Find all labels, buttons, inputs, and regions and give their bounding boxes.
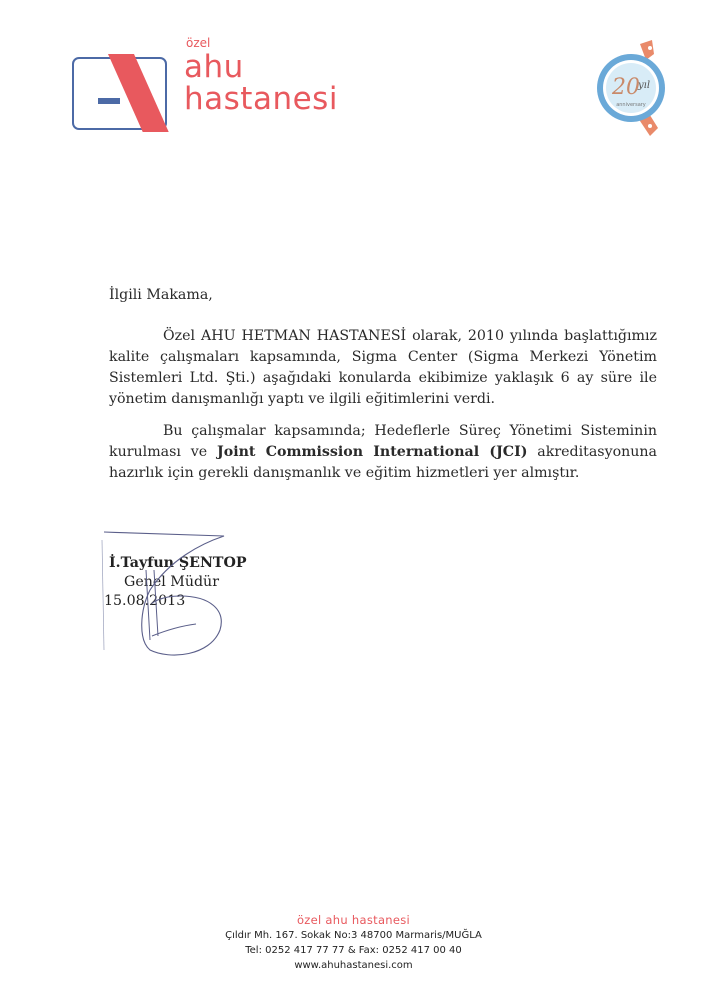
anniversary-badge-icon: 20 yıl anniversary xyxy=(588,38,674,138)
footer-phone: Tel: 0252 417 77 77 & Fax: 0252 417 00 4… xyxy=(0,945,707,956)
paragraph-1: Özel AHU HETMAN HASTANESİ olarak, 2010 y… xyxy=(109,326,657,410)
signatory-title: Genel Müdür xyxy=(124,574,219,590)
logo-line-1: ahu xyxy=(184,52,244,82)
svg-text:yıl: yıl xyxy=(637,80,650,91)
logo-prefix: özel xyxy=(186,36,210,50)
signature-date: 15.08.2013 xyxy=(104,593,185,609)
badge-number: 20 xyxy=(611,75,640,100)
hospital-logo: özel ahu hastanesi xyxy=(70,54,370,134)
footer-brand: özel ahu hastanesi xyxy=(0,913,707,927)
logo-a-bar-icon xyxy=(98,98,120,104)
footer-address: Çıldır Mh. 167. Sokak No:3 48700 Marmari… xyxy=(0,930,707,941)
svg-text:anniversary: anniversary xyxy=(616,102,646,108)
jci-name: Joint Commission International (JCI) xyxy=(217,444,527,460)
salutation: İlgili Makama, xyxy=(109,285,213,306)
paragraph-2: Bu çalışmalar kapsamında; Hedeflerle Sür… xyxy=(109,421,657,484)
footer-website[interactable]: www.ahuhastanesi.com xyxy=(0,960,707,971)
signatory-name: İ.Tayfun ŞENTOP xyxy=(109,555,247,571)
logo-line-2: hastanesi xyxy=(184,84,338,114)
